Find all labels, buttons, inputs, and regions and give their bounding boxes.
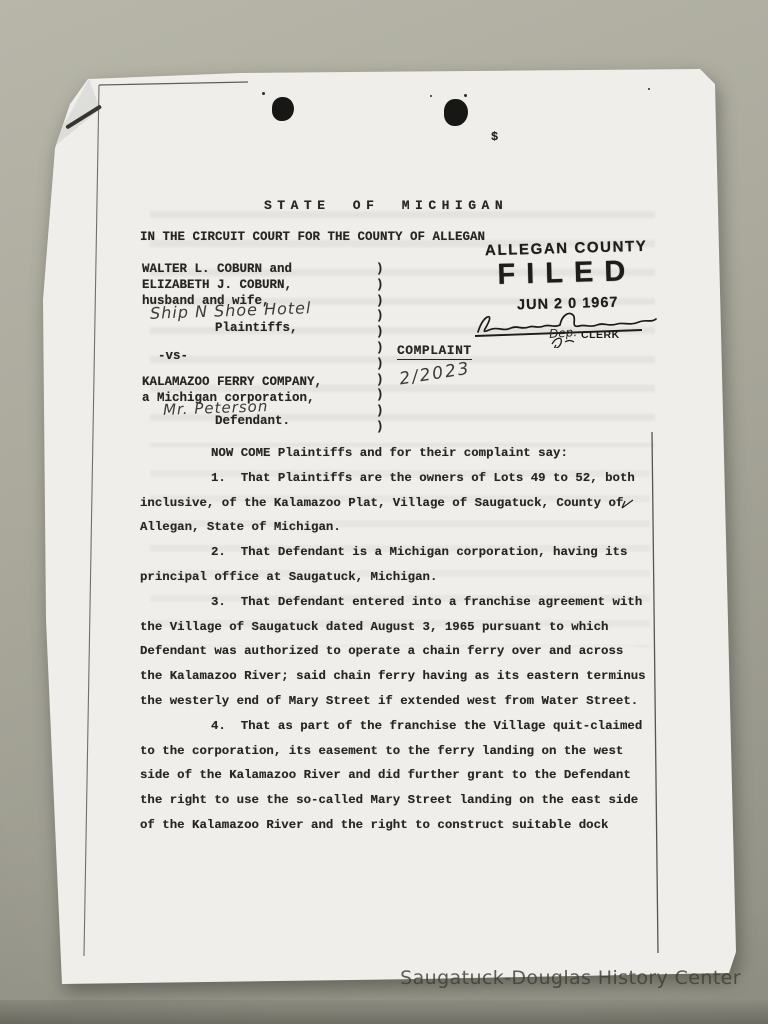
history-center-watermark: Saugatuck-Douglas History Center: [400, 967, 741, 989]
complaint-title: COMPLAINT: [397, 343, 472, 360]
defendant-name-line-1: KALAMAZOO FERRY COMPANY,: [142, 375, 322, 389]
folded-corner: [0, 0, 140, 190]
photograph-of-legal-document: $ STATE OF MICHIGAN IN THE CIRCUIT COURT…: [0, 0, 768, 1024]
ink-dot-right: [444, 99, 468, 126]
speck: [648, 88, 650, 90]
plaintiffs-label: Plaintiffs,: [215, 321, 298, 335]
complaint-body: NOW COME Plaintiffs and for their compla…: [140, 441, 652, 838]
plaintiff-name-line-2: ELIZABETH J. COBURN,: [142, 278, 292, 292]
versus-label: -vs-: [158, 349, 188, 363]
defendant-label: Defendant.: [215, 414, 290, 428]
stamp-filed-line: FILED: [462, 254, 673, 293]
paper-sheet: $ STATE OF MICHIGAN IN THE CIRCUIT COURT…: [0, 0, 768, 1024]
caption-paren-column: ) ) ) ) ) ) ) ) ) ) ): [376, 262, 384, 436]
paragraph-2: 2. That Defendant is a Michigan corporat…: [140, 540, 652, 590]
filed-stamp: ALLEGAN COUNTY FILED JUN 2 0 1967: [461, 237, 673, 315]
speck: [464, 94, 467, 97]
clerk-stamp-label: CLERK: [581, 329, 620, 341]
speck: [430, 95, 432, 97]
plaintiff-name-line-1: WALTER L. COBURN and: [142, 262, 292, 276]
paragraph-3: 3. That Defendant entered into a franchi…: [140, 590, 652, 714]
paragraph-1: 1. That Plaintiffs are the owners of Lot…: [140, 466, 652, 540]
state-header: STATE OF MICHIGAN: [264, 198, 508, 213]
paragraph-now-come: NOW COME Plaintiffs and for their compla…: [140, 441, 652, 466]
paragraph-4: 4. That as part of the franchise the Vil…: [140, 714, 652, 838]
paper-sheet-wrapper: $ STATE OF MICHIGAN IN THE CIRCUIT COURT…: [0, 0, 768, 1024]
handwritten-case-number: 2/2023: [398, 359, 472, 390]
court-header: IN THE CIRCUIT COURT FOR THE COUNTY OF A…: [140, 230, 485, 244]
ink-dot-left: [272, 97, 294, 121]
stray-dollar-mark: $: [491, 130, 498, 144]
speck: [262, 92, 265, 95]
deputy-abbrev: Dep.: [549, 325, 578, 341]
